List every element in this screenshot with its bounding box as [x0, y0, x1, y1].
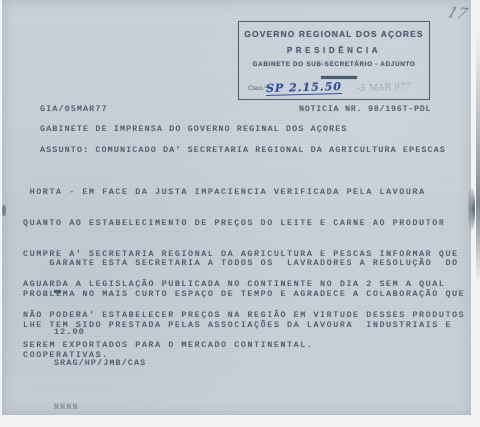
telegram-line: HORTA - EM FACE DA JUSTA IMPACIENCIA VER…	[23, 188, 465, 198]
scanned-telegram-screenshot: { "page": { "handwritten_number": "17" }…	[0, 0, 480, 427]
paragraph-end-dash	[54, 290, 61, 293]
telegram-line: GARANTE ESTA SECRETARIA A TODOS OS LAVRA…	[23, 259, 465, 269]
telegram-line: PROBLEMA NO MAIS CURTO ESPAÇO DE TEMPO E…	[23, 290, 465, 300]
time-mark: 12.00	[54, 328, 85, 337]
scan-right-edge-shadow	[476, 30, 480, 280]
telegram-line: QUANTO AO ESTABELECIMENTO DE PREÇOS DO L…	[23, 219, 465, 229]
scan-left-mark	[2, 205, 6, 216]
stamp-office-line: GABINETE DO SUB-SECRETÁRIO - ADJUNTO	[239, 61, 429, 68]
stamp-divider	[321, 76, 357, 79]
notice-number: NOTICIA NR. 98/196T-PDL	[299, 105, 431, 114]
end-of-message-marker: NNNN	[54, 403, 79, 412]
telegram-line: LHE TEM SIDO PRESTADA PELAS ASSOCIAÇÕES …	[23, 321, 465, 331]
registry-stamp: GOVERNO REGIONAL DOS AÇORES PRESIDÊNCIA …	[238, 21, 430, 100]
operator-initials: SRAG/HP/JMB/CAS	[54, 359, 146, 368]
document-page: 17 GOVERNO REGIONAL DOS AÇORES PRESIDÊNC…	[2, 0, 471, 415]
reference-code: GIA/05MAR77	[40, 105, 108, 114]
stamp-class-label: Class.ª	[248, 86, 267, 92]
stamp-date-received: -5 MAR 977	[357, 82, 411, 94]
page-number-handwritten: 17	[445, 3, 470, 23]
subject-line: ASSUNTO: COMUNICADO DA' SECRETARIA REGIO…	[40, 146, 446, 155]
scan-edge-blot	[468, 188, 475, 230]
stamp-class-value-handwritten: SP 2.15.50	[266, 80, 342, 96]
press-office-line: GABINETE DE IMPRENSA DO GOVERNO REGINAL …	[40, 125, 348, 134]
stamp-presidency-line: PRESIDÊNCIA	[239, 46, 429, 55]
stamp-government-line: GOVERNO REGIONAL DOS AÇORES	[239, 29, 429, 39]
